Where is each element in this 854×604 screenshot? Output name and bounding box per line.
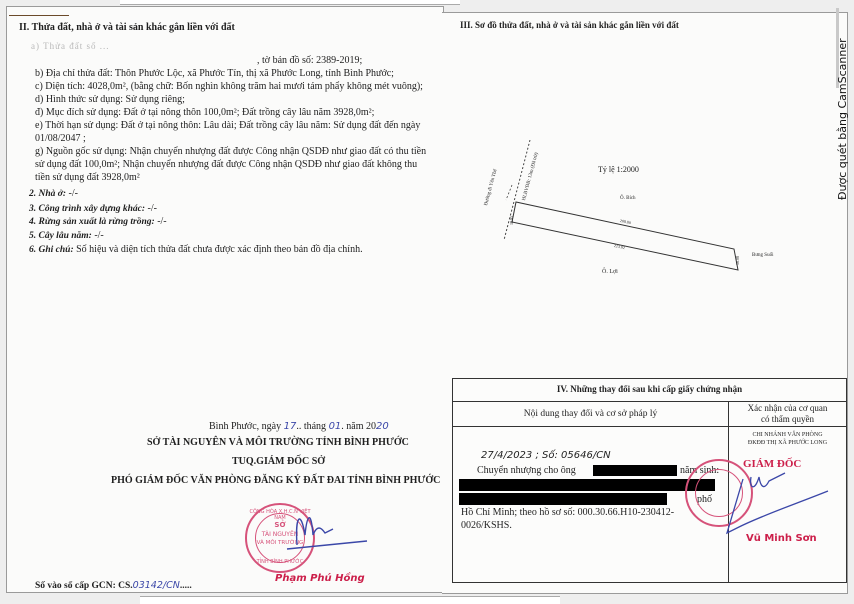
other-construction-item: 3. Công trình xây dựng khác: -/-	[29, 202, 157, 216]
issuing-organization: SỞ TÀI NGUYÊN VÀ MÔI TRƯỜNG TỈNH BÌNH PH…	[147, 437, 409, 448]
edge-east-length: 16.08	[735, 256, 740, 265]
blurred-parcel-number: a) Thửa đất số ...	[31, 41, 109, 51]
column-header-confirm-1: Xác nhận của cơ quan	[729, 403, 846, 413]
section-iii-title: III. Sơ đồ thửa đất, nhà ở và tài sản kh…	[460, 20, 679, 30]
office-name-1: CHI NHÁNH VĂN PHÒNG	[729, 432, 846, 438]
usage-origin-1: g) Nguồn gốc sử dụng: Nhận chuyển nhượng…	[35, 145, 426, 158]
usage-term-1: e) Thời hạn sử dụng: Đất ở tại nông thôn…	[35, 119, 420, 132]
map-sheet-number: , tờ bản đồ số: 2389-2019;	[257, 54, 362, 67]
section-iv-title: IV. Những thay đổi sau khi cấp giấy chứn…	[453, 384, 846, 394]
change-entry-line-1: Chuyển nhượng cho ông	[477, 464, 576, 477]
house-item: 2. Nhà ở: -/-	[29, 187, 78, 201]
usage-purpose: đ) Mục đích sử dụng: Đất ở tại nông thôn…	[35, 106, 374, 119]
change-entry-date: 27/4/2023 ; Số: 05646/CN	[481, 450, 611, 461]
note-item: 6. Ghi chú: Số hiệu và diện tích thửa đấ…	[29, 243, 363, 257]
usage-term-2: 01/08/2047 ;	[35, 132, 86, 145]
column-header-confirm-2: có thẩm quyền	[729, 414, 846, 424]
redacted-details-2	[459, 493, 667, 505]
signer-position: PHÓ GIÁM ĐỐC VĂN PHÒNG ĐĂNG KÝ ĐẤT ĐAI T…	[111, 475, 440, 486]
change-entry-line-5: 0026/KSHS.	[461, 519, 512, 532]
certificate-left-page: II. Thửa đất, nhà ở và tài sản khác gắn …	[6, 6, 444, 593]
fold-mark	[9, 15, 69, 16]
signature-right	[703, 469, 833, 539]
usage-form: d) Hình thức sử dụng: Sử dụng riêng;	[35, 93, 185, 106]
register-number: Số vào sổ cấp GCN: CS.03142/CN.....	[35, 580, 192, 591]
map-scale: Tỷ lệ 1:2000	[598, 165, 639, 174]
usage-origin-2: sử dụng đất 100,0m²; Nhận chuyển nhượng …	[35, 158, 417, 171]
authorization-line: TUQ.GIÁM ĐỐC SỞ	[232, 456, 325, 467]
underlying-page-edge	[140, 596, 560, 604]
signature-left	[277, 505, 377, 555]
parcel-address: b) Địa chỉ thửa đất: Thôn Phước Lộc, xã …	[35, 67, 394, 80]
director-name: Vũ Minh Sơn	[746, 533, 817, 544]
change-entry-line-4: Hồ Chí Minh; theo hồ sơ số: 000.30.66.H1…	[461, 506, 674, 519]
neighbor-south: Ô. Lợi	[602, 269, 618, 275]
neighbor-east: Bưng Suối	[752, 253, 773, 258]
forest-item: 4. Rừng sản xuất là rừng trồng: -/-	[29, 215, 167, 229]
signer-name-left: Phạm Phú Hồng	[275, 573, 365, 584]
office-name-2: ĐKĐĐ THỊ XÃ PHƯỚC LONG	[729, 440, 846, 446]
scanner-watermark: Được quét bằng CamScanner	[822, 10, 850, 210]
neighbor-north: Ô. Bích	[620, 196, 636, 201]
changes-table: IV. Những thay đổi sau khi cấp giấy chứn…	[452, 378, 847, 583]
usage-origin-3: tiền sử dụng đất 3928,0m²	[35, 171, 140, 184]
redacted-name	[593, 465, 677, 476]
parcel-area: c) Diện tích: 4028,0m², (bằng chữ: Bốn n…	[35, 80, 423, 93]
edge-west-length: 18.95	[509, 216, 514, 225]
perennial-trees-item: 5. Cây lâu năm: -/-	[29, 229, 104, 243]
redacted-details-1	[459, 479, 715, 491]
column-header-content: Nội dung thay đổi và cơ sở pháp lý	[453, 409, 728, 419]
section-ii-title: II. Thửa đất, nhà ở và tài sản khác gắn …	[19, 22, 235, 33]
issue-date: Bình Phước, ngày 17.. tháng 01. năm 2020	[209, 420, 389, 433]
underlying-page-edge	[120, 0, 460, 5]
